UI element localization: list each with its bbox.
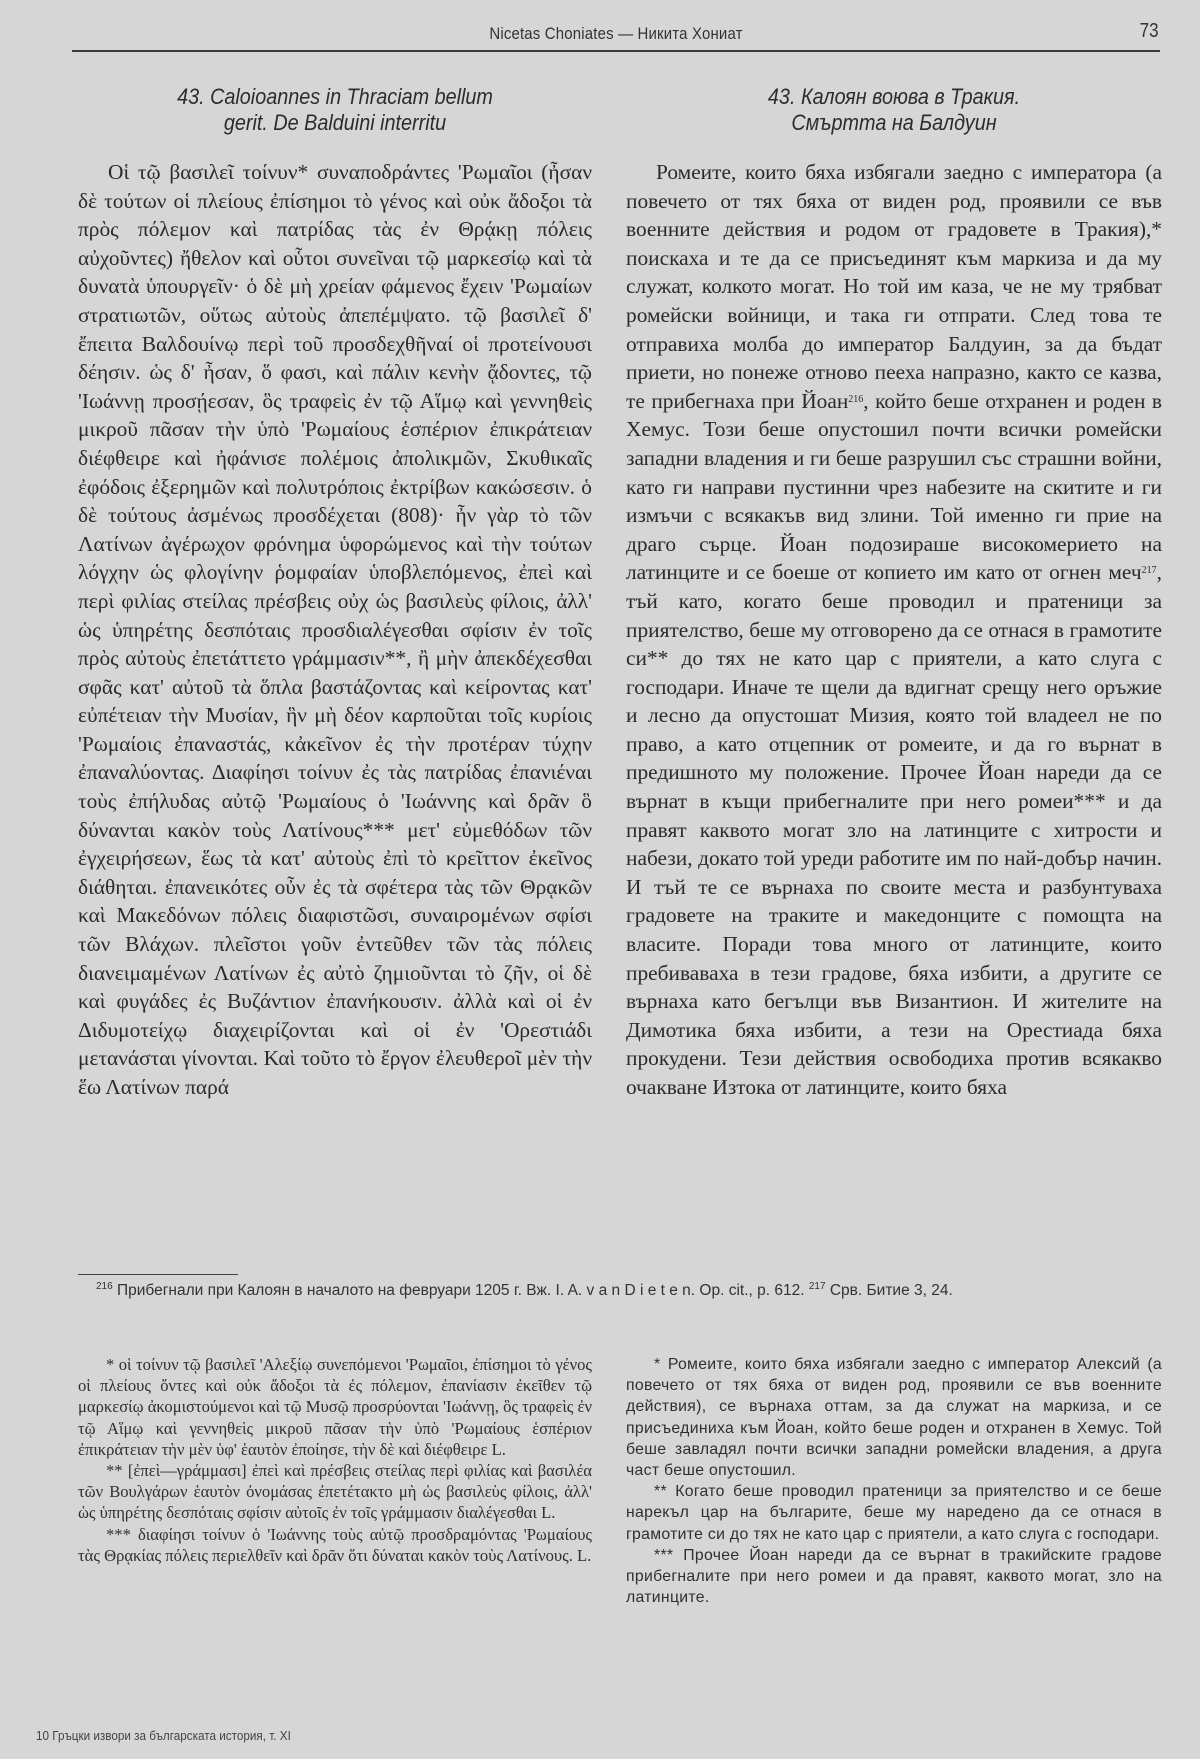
- bulgarian-variant-notes: * Ромеите, които бяха избягали заедно с …: [626, 1354, 1162, 1608]
- footnote-marker-216: 216: [96, 1281, 113, 1292]
- greek-section-heading: 43. Caloioannes in Thraciam bellum gerit…: [104, 84, 567, 136]
- bulgarian-body-part-1: Ромеите, които бяха избягали заедно с им…: [626, 160, 1162, 413]
- bulgarian-note-2: ** Когато беше проводил пратеници за при…: [626, 1481, 1162, 1545]
- book-page: Nicetas Choniates — Никита Хониат 73 43.…: [0, 0, 1200, 1759]
- greek-body-text: Οἱ τῷ βασιλεῖ τοίνυν* συναποδράντες 'Ρωμ…: [78, 158, 592, 1102]
- footnote-ref-216[interactable]: 216: [848, 394, 863, 405]
- greek-note-2: ** [ἐπεὶ—γράμμασι] ἐπεὶ καὶ πρέσβεις στε…: [78, 1460, 592, 1524]
- numbered-footnotes: 216 Прибегнали при Калоян в началото на …: [78, 1280, 1168, 1302]
- footnote-rule: [78, 1274, 238, 1275]
- greek-note-3: *** διαφίησι τοίνυν ὁ 'Ιωάννης τοὺς αὐτῷ…: [78, 1524, 592, 1566]
- bulgarian-body-part-2: , който беше отхранен и роден в Хемус. Т…: [626, 389, 1162, 585]
- bulgarian-body-text: Ромеите, които бяха избягали заедно с им…: [626, 158, 1162, 1102]
- footnote-ref-217[interactable]: 217: [1142, 565, 1157, 576]
- footnote-216-text: Прибегнали при Калоян в началото на февр…: [113, 1282, 805, 1299]
- greek-variant-notes: * οἱ τοίνυν τῷ βασιλεῖ 'Αλεξίῳ συνεπόμεν…: [78, 1354, 592, 1566]
- running-head-title: Nicetas Choniates — Никита Хониат: [137, 24, 1094, 44]
- footnote-216-217: 216 Прибегнали при Калоян в началото на …: [78, 1280, 1168, 1302]
- bulgarian-heading-line-2: Смъртта на Балдуин: [653, 110, 1135, 136]
- page-number: 73: [1139, 20, 1158, 43]
- bulgarian-heading-line-1: 43. Калоян воюва в Тракия.: [653, 84, 1135, 110]
- greek-heading-line-1: 43. Caloioannes in Thraciam bellum: [104, 84, 567, 110]
- greek-note-1: * οἱ τοίνυν τῷ βασιλεῖ 'Αλεξίῳ συνεπόμεν…: [78, 1354, 592, 1460]
- bulgarian-section-heading: 43. Калоян воюва в Тракия. Смъртта на Ба…: [653, 84, 1135, 136]
- greek-heading-line-2: gerit. De Balduini interritu: [104, 110, 567, 136]
- header-rule: [72, 50, 1160, 52]
- running-head: Nicetas Choniates — Никита Хониат 73: [72, 18, 1160, 52]
- printer-signature: 10 Гръцки извори за българската история,…: [36, 1728, 291, 1743]
- footnote-217-text: Срв. Битие 3, 24.: [826, 1282, 953, 1299]
- bulgarian-body-part-3: , тъй като, когато беше проводил и прате…: [626, 560, 1162, 1099]
- bulgarian-note-1: * Ромеите, които бяха избягали заедно с …: [626, 1354, 1162, 1481]
- footnote-marker-217: 217: [809, 1281, 826, 1292]
- bulgarian-note-3: *** Прочее Йоан нареди да се върнат в тр…: [626, 1545, 1162, 1609]
